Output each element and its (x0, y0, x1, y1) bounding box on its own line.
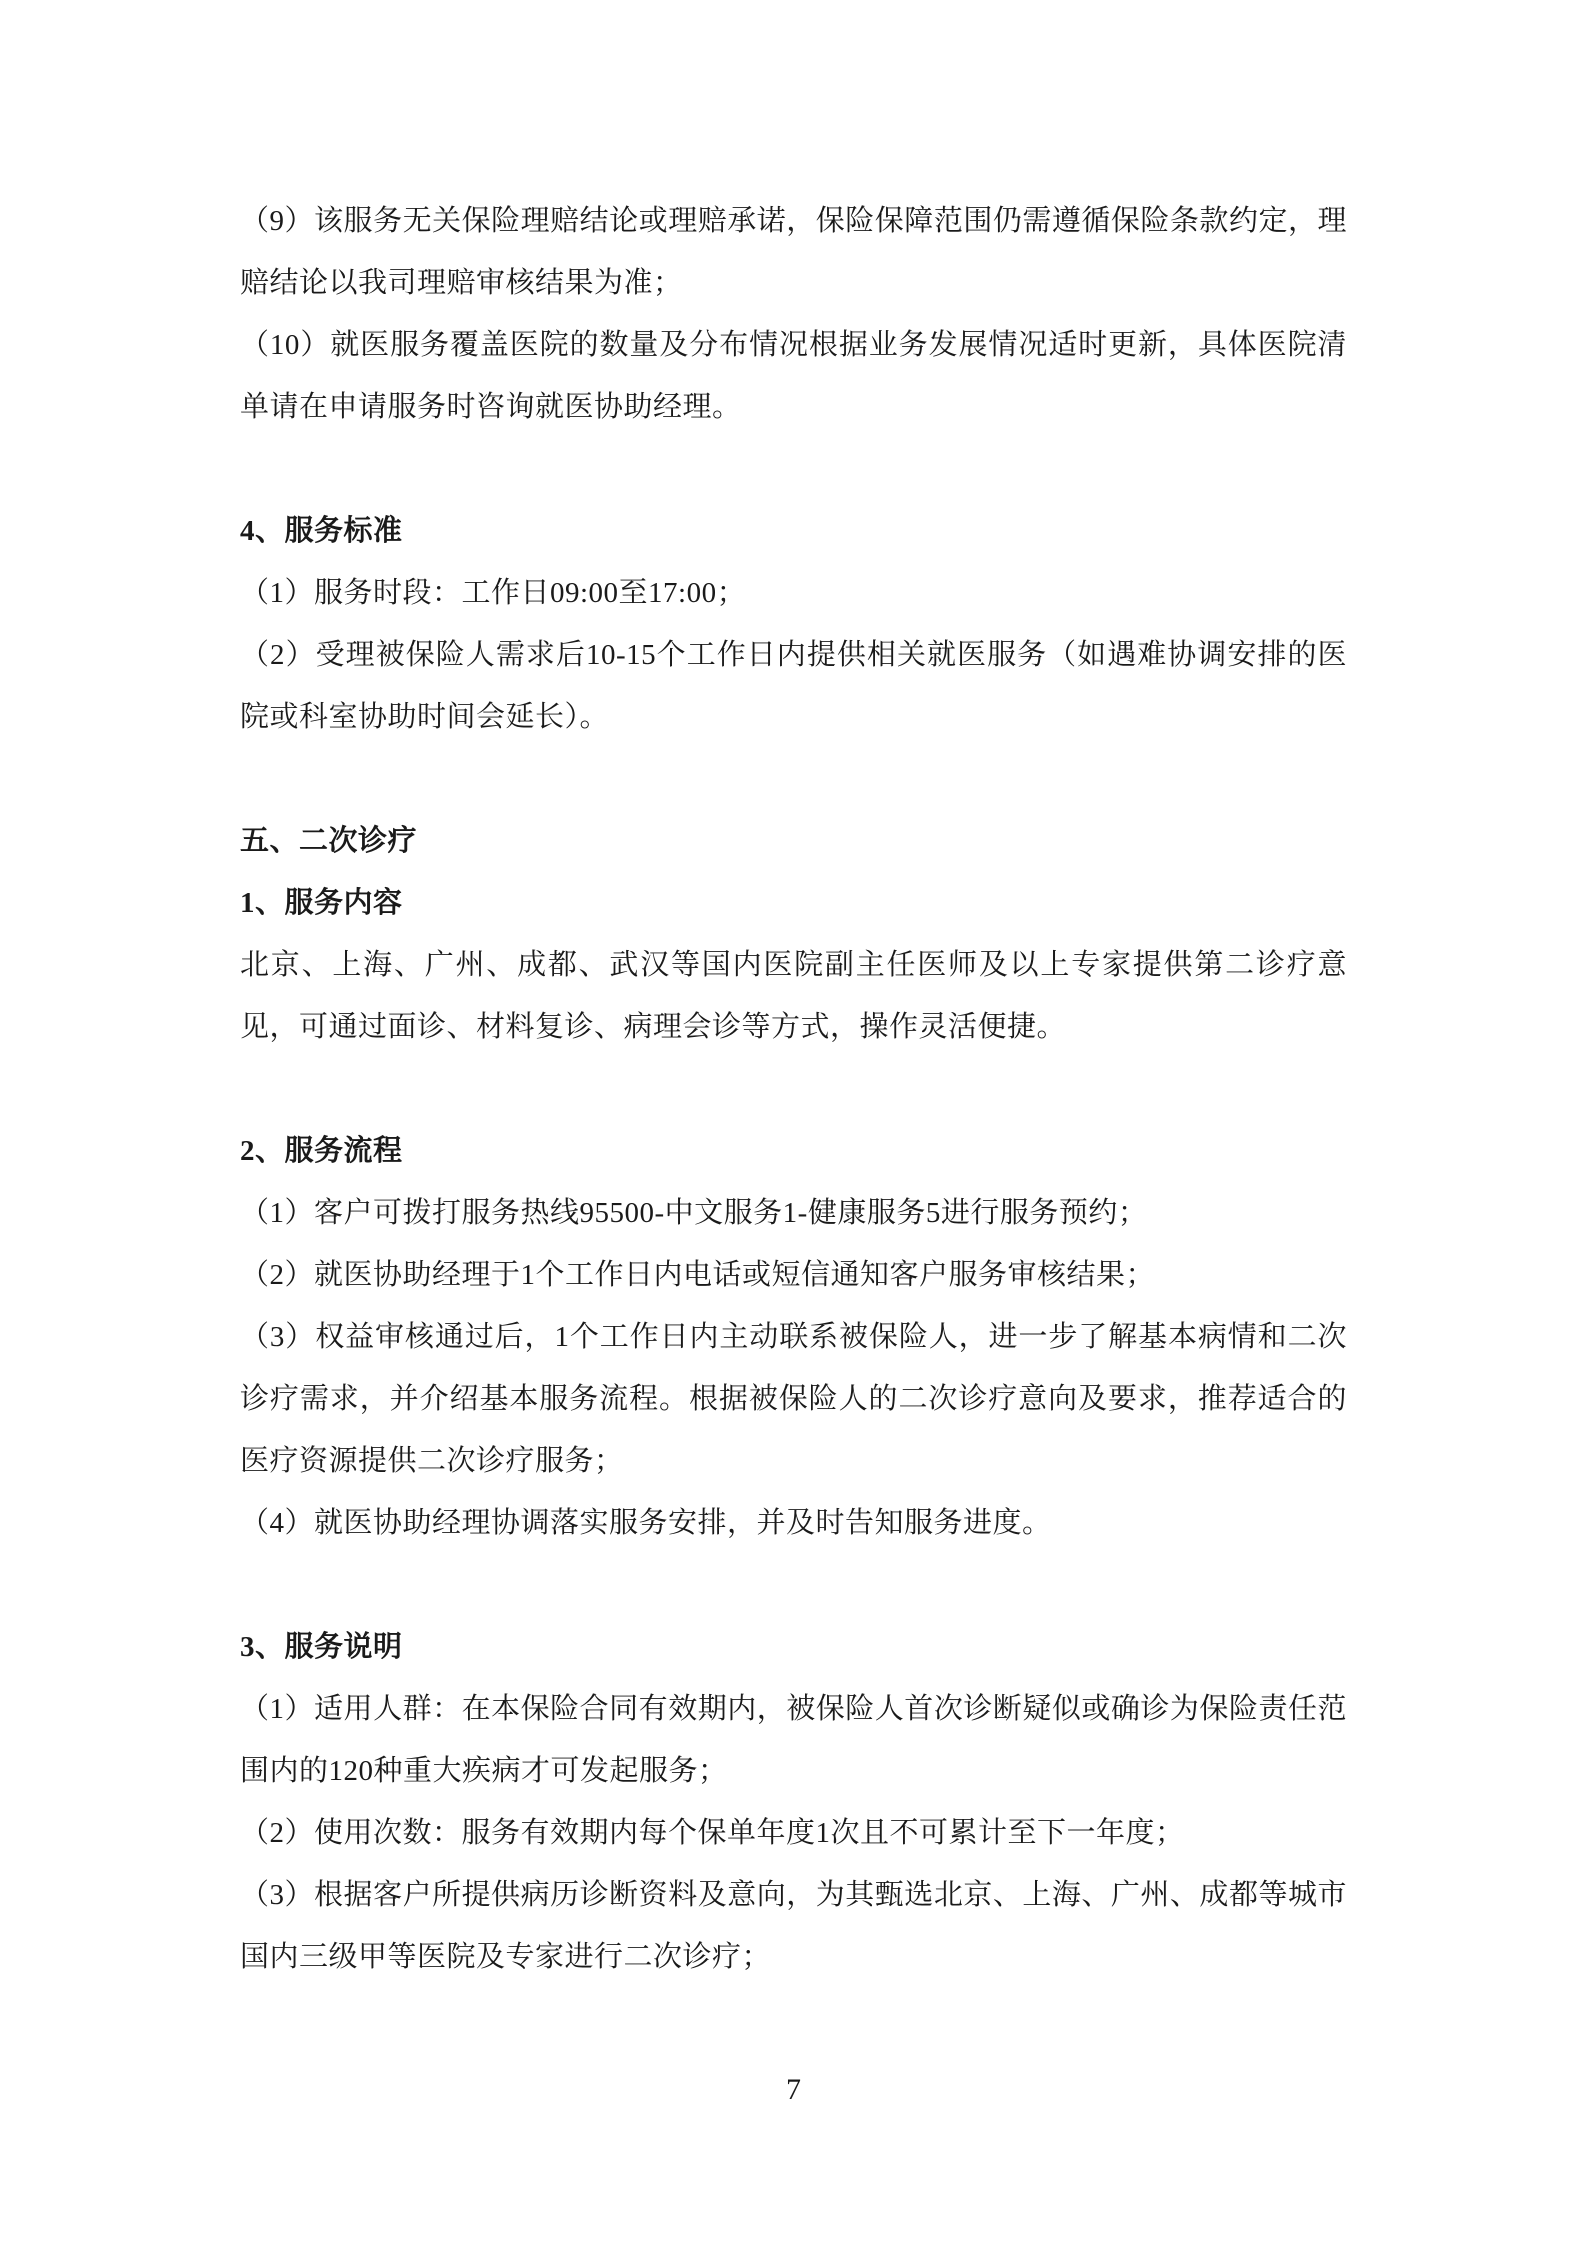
paragraph-spacer (240, 1058, 1347, 1120)
page-number: 7 (786, 2073, 801, 2106)
paragraph: （10）就医服务覆盖医院的数量及分布情况根据业务发展情况适时更新，具体医院清单请… (240, 314, 1347, 438)
section-heading: 4、服务标准 (240, 500, 1347, 562)
paragraph: （3）权益审核通过后，1个工作日内主动联系被保险人，进一步了解基本病情和二次诊疗… (240, 1306, 1347, 1492)
paragraph: （1）服务时段：工作日09:00至17:00； (240, 562, 1347, 624)
page-footer: 7 (0, 2068, 1587, 2112)
paragraph: （1）适用人群：在本保险合同有效期内，被保险人首次诊断疑似或确诊为保险责任范围内… (240, 1678, 1347, 1802)
section-heading: 五、二次诊疗 (240, 810, 1347, 872)
section-heading: 1、服务内容 (240, 872, 1347, 934)
document-body: （9）该服务无关保险理赔结论或理赔承诺，保险保障范围仍需遵循保险条款约定，理赔结… (240, 190, 1347, 1988)
document-page: （9）该服务无关保险理赔结论或理赔承诺，保险保障范围仍需遵循保险条款约定，理赔结… (0, 0, 1587, 2245)
paragraph-spacer (240, 438, 1347, 500)
paragraph: （1）客户可拨打服务热线95500-中文服务1-健康服务5进行服务预约； (240, 1182, 1347, 1244)
paragraph-spacer (240, 748, 1347, 810)
paragraph-spacer (240, 1554, 1347, 1616)
paragraph: （2）使用次数：服务有效期内每个保单年度1次且不可累计至下一年度； (240, 1802, 1347, 1864)
section-heading: 2、服务流程 (240, 1120, 1347, 1182)
paragraph: （9）该服务无关保险理赔结论或理赔承诺，保险保障范围仍需遵循保险条款约定，理赔结… (240, 190, 1347, 314)
paragraph: （2）受理被保险人需求后10-15个工作日内提供相关就医服务（如遇难协调安排的医… (240, 624, 1347, 748)
section-heading: 3、服务说明 (240, 1616, 1347, 1678)
paragraph: （2）就医协助经理于1个工作日内电话或短信通知客户服务审核结果； (240, 1244, 1347, 1306)
paragraph: 北京、上海、广州、成都、武汉等国内医院副主任医师及以上专家提供第二诊疗意见，可通… (240, 934, 1347, 1058)
paragraph: （4）就医协助经理协调落实服务安排，并及时告知服务进度。 (240, 1492, 1347, 1554)
paragraph: （3）根据客户所提供病历诊断资料及意向，为其甄选北京、上海、广州、成都等城市国内… (240, 1864, 1347, 1988)
